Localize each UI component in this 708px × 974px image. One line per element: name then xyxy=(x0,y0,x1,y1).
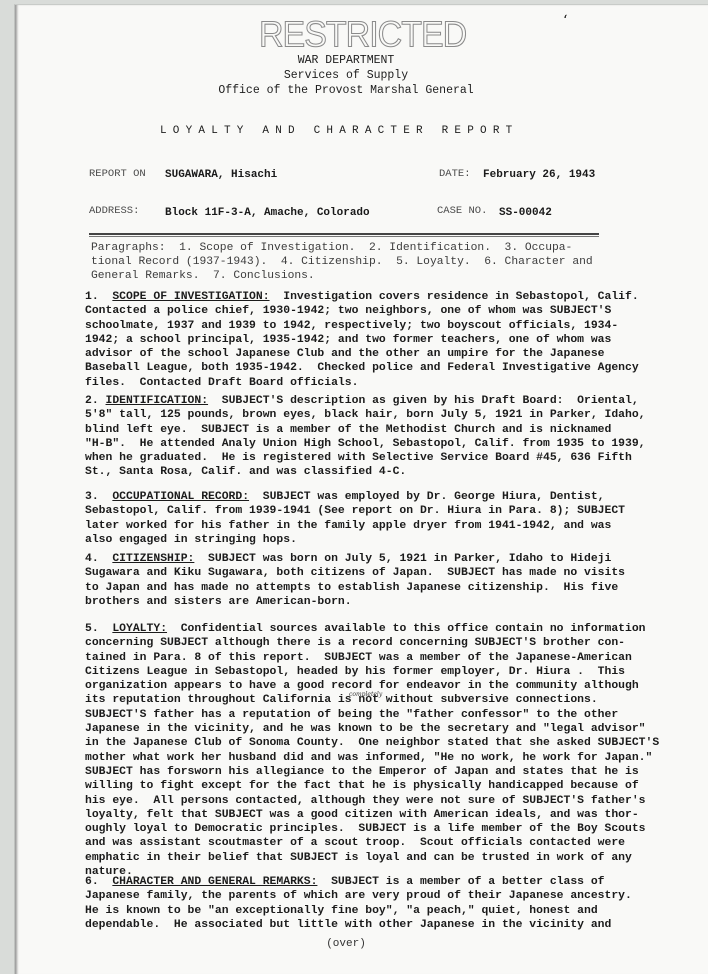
section-heading: SCOPE OF INVESTIGATION: xyxy=(112,291,269,303)
section-body: Sebastopol, Calif. from 1939-1941 (See r… xyxy=(85,505,625,546)
case-label: CASE NO. xyxy=(437,205,487,217)
over-label: (over) xyxy=(326,938,366,950)
address-label: ADDRESS: xyxy=(89,205,139,217)
section-number: 2. xyxy=(85,395,99,407)
section-occupational: 3. OCCUPATIONAL RECORD: SUBJECT was empl… xyxy=(85,490,665,547)
divider-rule xyxy=(89,233,599,235)
section-first-line: Investigation covers residence in Sebast… xyxy=(270,291,639,303)
divider-rule-secondary xyxy=(89,236,599,237)
restricted-stamp: RESTRICTED xyxy=(259,16,415,54)
section-citizenship: 4. CITIZENSHIP: SUBJECT was born on July… xyxy=(85,552,665,609)
section-number: 6. xyxy=(85,876,99,888)
section-body: 5'8" tall, 125 pounds, brown eyes, black… xyxy=(85,409,646,478)
section-first-line: Confidential sources available to this o… xyxy=(167,623,646,635)
date-label: DATE: xyxy=(439,168,471,180)
section-character: 6. CHARACTER AND GENERAL REMARKS: SUBJEC… xyxy=(85,875,665,932)
address-value: Block 11F-3-A, Amache, Colorado xyxy=(165,207,370,219)
header-services: Services of Supply xyxy=(0,69,693,82)
section-heading: CHARACTER AND GENERAL REMARKS: xyxy=(112,876,317,888)
report-on-label: REPORT ON xyxy=(89,168,146,180)
section-loyalty: 5. LOYALTY: Confidential sources availab… xyxy=(85,622,665,879)
section-identification: 2. IDENTIFICATION: SUBJECT'S description… xyxy=(85,394,665,480)
page-footer: (over) xyxy=(15,938,708,950)
case-value: SS-00042 xyxy=(499,207,552,219)
section-heading: OCCUPATIONAL RECORD: xyxy=(112,491,249,503)
header-department: WAR DEPARTMENT xyxy=(0,54,693,67)
section-scope: 1. SCOPE OF INVESTIGATION: Investigation… xyxy=(85,290,665,390)
section-body: Japanese family, the parents of which ar… xyxy=(85,890,632,931)
section-first-line: SUBJECT'S description as given by his Dr… xyxy=(208,395,639,407)
section-number: 3. xyxy=(85,491,99,503)
punch-mark: ‘ xyxy=(563,13,567,29)
section-first-line: SUBJECT was born on July 5, 1921 in Park… xyxy=(194,553,611,565)
handwritten-annotation: completely xyxy=(349,691,382,698)
section-number: 1. xyxy=(85,291,99,303)
paragraphs-index: Paragraphs: 1. Scope of Investigation. 2… xyxy=(91,241,591,283)
section-first-line: SUBJECT is a member of a better class of xyxy=(317,876,604,888)
section-body: Contacted a police chief, 1930-1942; two… xyxy=(85,305,639,388)
section-number: 4. xyxy=(85,553,99,565)
report-on-value: SUGAWARA, Hisachi xyxy=(165,169,277,181)
document-page: RESTRICTED WAR DEPARTMENT Services of Su… xyxy=(14,4,708,974)
section-body: Sugawara and Kiku Sugawara, both citizen… xyxy=(85,567,625,608)
date-value: February 26, 1943 xyxy=(483,169,595,181)
header-office: Office of the Provost Marshal General xyxy=(0,84,693,97)
section-heading: LOYALTY: xyxy=(112,623,167,635)
section-heading: CITIZENSHIP: xyxy=(112,553,194,565)
report-title: LOYALTY AND CHARACTER REPORT xyxy=(160,125,518,137)
section-heading: IDENTIFICATION: xyxy=(106,395,209,407)
section-number: 5. xyxy=(85,623,99,635)
section-first-line: SUBJECT was employed by Dr. George Hiura… xyxy=(249,491,604,503)
section-body: concerning SUBJECT although there is a r… xyxy=(85,637,659,878)
